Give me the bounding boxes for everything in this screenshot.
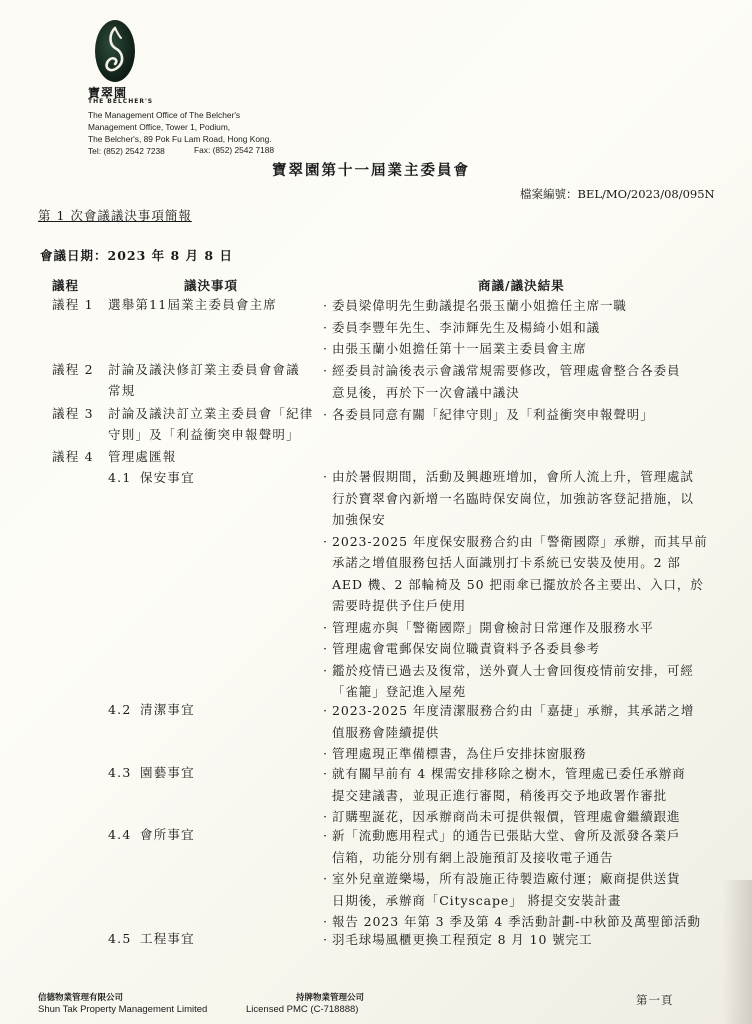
address-line-3: The Belcher's, 89 Pok Fu Lam Road, Hong … bbox=[88, 133, 272, 145]
page-number: 第一頁 bbox=[636, 992, 674, 1008]
result-line: 信箱，功能分別有網上設施預訂及接收電子通告 bbox=[332, 847, 734, 869]
agenda-4-label: 議程 4 bbox=[52, 447, 94, 467]
result-item: 由張玉蘭小姐擔任第十一屆業主委員會主席 bbox=[324, 338, 734, 360]
meeting-date: 會議日期：2023 年 8 月 8 日 bbox=[40, 246, 233, 264]
result-item: 委員李豐年先生、李沛輝先生及楊綺小姐和議 bbox=[324, 317, 734, 339]
subsection-4-4-results: 新「流動應用程式」的通告已張貼大堂、會所及派發各業戶 信箱，功能分別有網上設施預… bbox=[324, 825, 734, 933]
footer-company-cn: 信德物業管理有限公司 bbox=[38, 991, 123, 1003]
agenda-1-results: 委員梁偉明先生動議提名張玉蘭小姐擔任主席一職 委員李豐年先生、李沛輝先生及楊綺小… bbox=[324, 295, 734, 360]
section-title: 第 1 次會議議決事項簡報 bbox=[38, 206, 192, 224]
result-line: 室外兒童遊樂場，所有設施正待製造廠付運；廠商提供送貨 bbox=[332, 868, 734, 890]
footer-license-en: Licensed PMC (C-718888) bbox=[246, 1004, 358, 1015]
result-line: 提交建議書，並現正進行審閱，稍後再交予地政署作審批 bbox=[332, 785, 734, 807]
result-line: 值服務會陸續提供 bbox=[332, 722, 734, 744]
agenda-3-matter-line-2: 守則」及「利益衝突申報聲明」 bbox=[108, 425, 300, 445]
result-line: 2023-2025 年度保安服務合約由「警衛國際」承辦，而其早前 bbox=[332, 531, 734, 553]
result-item: 各委員同意有關「紀律守則」及「利益衝突申報聲明」 bbox=[324, 404, 734, 426]
subsection-4-1-results: 由於暑假期間，活動及興趣班增加，會所人流上升，管理處試 行於寶翠會內新增一名臨時… bbox=[324, 466, 734, 703]
result-line: 需要時提供予住戶使用 bbox=[332, 595, 734, 617]
subsection-4-3-title: 園藝事宜 bbox=[140, 763, 195, 783]
subsection-4-2-results: 2023-2025 年度清潔服務合約由「嘉捷」承辦，其承諾之增 值服務會陸續提供… bbox=[324, 700, 734, 765]
result-item: 由於暑假期間，活動及興趣班增加，會所人流上升，管理處試 行於寶翠會內新增一名臨時… bbox=[324, 466, 734, 531]
agenda-2-matter-line-1: 討論及議決修訂業主委員會會議 bbox=[108, 360, 300, 380]
address-line-1: The Management Office of The Belcher's bbox=[88, 109, 240, 121]
result-item: 管理處現正準備標書，為住戶安排抹窗服務 bbox=[324, 743, 734, 765]
result-line: 意見後，再於下一次會議中議決 bbox=[332, 382, 734, 404]
result-item: 2023-2025 年度清潔服務合約由「嘉捷」承辦，其承諾之增 值服務會陸續提供 bbox=[324, 700, 734, 743]
result-item: 經委員討論後表示會議常規需要修改，管理處會整合各委員 意見後，再於下一次會議中議… bbox=[324, 360, 734, 403]
footer-license-cn: 持牌物業管理公司 bbox=[296, 991, 364, 1003]
agenda-4-matter: 管理處匯報 bbox=[108, 447, 177, 467]
subsection-4-5-number: 4.5 bbox=[108, 929, 131, 949]
footer-company-en: Shun Tak Property Management Limited bbox=[38, 1004, 207, 1015]
subsection-4-3-number: 4.3 bbox=[108, 763, 131, 783]
result-item: 委員梁偉明先生動議提名張玉蘭小姐擔任主席一職 bbox=[324, 295, 734, 317]
result-line: 行於寶翠會內新增一名臨時保安崗位，加強訪客登記措施，以 bbox=[332, 488, 734, 510]
header-agenda: 議程 bbox=[52, 276, 79, 294]
result-item: 鑑於疫情已過去及復常，送外賣人士會回復疫情前安排，可經 「雀籠」登記進入屋苑 bbox=[324, 660, 734, 703]
result-item: 2023-2025 年度保安服務合約由「警衛國際」承辦，而其早前 承諾之增值服務… bbox=[324, 531, 734, 617]
result-line: AED 機、2 部輪椅及 50 把雨傘已擺放於各主要出、入口，於 bbox=[332, 574, 734, 596]
result-item: 就有關早前有 4 棵需安排移除之樹木，管理處已委任承辦商 提交建議書，並現正進行… bbox=[324, 763, 734, 806]
result-line: 經委員討論後表示會議常規需要修改，管理處會整合各委員 bbox=[332, 360, 734, 382]
result-line: 加強保安 bbox=[332, 509, 734, 531]
subsection-4-2-number: 4.2 bbox=[108, 700, 131, 720]
result-line: 由於暑假期間，活動及興趣班增加，會所人流上升，管理處試 bbox=[332, 466, 734, 488]
header-matter: 議決事項 bbox=[184, 276, 238, 294]
subsection-4-4-number: 4.4 bbox=[108, 825, 131, 845]
subsection-4-4-title: 會所事宜 bbox=[140, 825, 195, 845]
telephone: Tel: (852) 2542 7238 bbox=[88, 145, 165, 157]
agenda-3-results: 各委員同意有關「紀律守則」及「利益衝突申報聲明」 bbox=[324, 404, 734, 426]
result-line: 日期後，承辦商「Cityscape」 將提交安裝計畫 bbox=[332, 890, 734, 912]
agenda-2-matter-line-2: 常規 bbox=[108, 381, 135, 401]
result-item: 新「流動應用程式」的通告已張貼大堂、會所及派發各業戶 信箱，功能分別有網上設施預… bbox=[324, 825, 734, 868]
paper-shadow bbox=[722, 880, 752, 1024]
result-line: 承諾之增值服務包括人面識別打卡系統已安裝及使用。2 部 bbox=[332, 552, 734, 574]
subsection-4-5-results: 羽毛球場風櫃更換工程預定 8 月 10 號完工 bbox=[324, 929, 734, 951]
result-item: 管理處會電郵保安崗位職責資料予各委員參考 bbox=[324, 638, 734, 660]
subsection-4-3-results: 就有關早前有 4 棵需安排移除之樹木，管理處已委任承辦商 提交建議書，並現正進行… bbox=[324, 763, 734, 828]
file-number: 檔案編號：BEL/MO/2023/08/095N bbox=[520, 186, 715, 202]
agenda-3-matter-line-1: 討論及議決訂立業主委員會「紀律 bbox=[108, 404, 314, 424]
logo-english-name: THE BELCHER'S bbox=[88, 98, 153, 105]
belchers-logo-icon bbox=[95, 20, 135, 82]
result-line: 新「流動應用程式」的通告已張貼大堂、會所及派發各業戶 bbox=[332, 825, 734, 847]
result-line: 就有關早前有 4 棵需安排移除之樹木，管理處已委任承辦商 bbox=[332, 763, 734, 785]
agenda-2-label: 議程 2 bbox=[52, 360, 94, 380]
agenda-3-label: 議程 3 bbox=[52, 404, 94, 424]
result-item: 室外兒童遊樂場，所有設施正待製造廠付運；廠商提供送貨 日期後，承辦商「Citys… bbox=[324, 868, 734, 911]
result-line: 2023-2025 年度清潔服務合約由「嘉捷」承辦，其承諾之增 bbox=[332, 700, 734, 722]
subsection-4-5-title: 工程事宜 bbox=[140, 929, 195, 949]
result-line: 鑑於疫情已過去及復常，送外賣人士會回復疫情前安排，可經 bbox=[332, 660, 734, 682]
agenda-1-label: 議程 1 bbox=[52, 295, 94, 315]
document-title: 寶翠園第十一屆業主委員會 bbox=[272, 159, 470, 180]
subsection-4-1-number: 4.1 bbox=[108, 468, 131, 488]
header-result: 商議/議決結果 bbox=[478, 276, 565, 294]
subsection-4-1-title: 保安事宜 bbox=[140, 468, 195, 488]
result-item: 管理處亦與「警衛國際」開會檢討日常運作及服務水平 bbox=[324, 617, 734, 639]
fax: Fax: (852) 2542 7188 bbox=[194, 145, 274, 155]
subsection-4-2-title: 清潔事宜 bbox=[140, 700, 195, 720]
address-line-2: Management Office, Tower 1, Podium, bbox=[88, 121, 230, 133]
result-item: 羽毛球場風櫃更換工程預定 8 月 10 號完工 bbox=[324, 929, 734, 951]
agenda-2-results: 經委員討論後表示會議常規需要修改，管理處會整合各委員 意見後，再於下一次會議中議… bbox=[324, 360, 734, 403]
agenda-1-matter: 選舉第11屆業主委員會主席 bbox=[108, 295, 277, 315]
